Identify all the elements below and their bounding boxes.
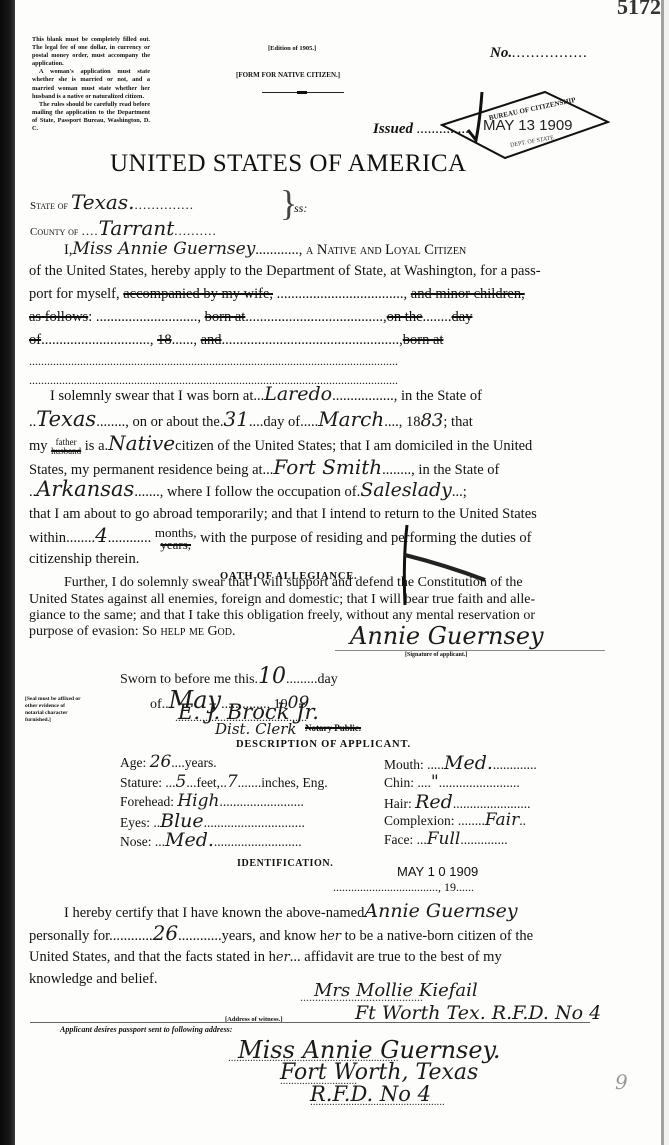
struck-day: day [452, 309, 473, 325]
file-number: 5172 [617, 0, 661, 20]
dots: ........................................… [222, 332, 403, 348]
text: day [318, 672, 338, 687]
text: of [150, 697, 162, 712]
identification-date-line: ..................................., 19.… [333, 880, 474, 895]
unit: years. [185, 755, 217, 770]
struck-and: and [201, 332, 222, 348]
text: is a [85, 438, 105, 454]
forehead-field: Forehead: High......................... [120, 791, 304, 811]
number-label: No. [490, 45, 512, 61]
birth-line-3: my father husband is a.Nativecitizen of … [29, 434, 589, 456]
birth-day: 31 [223, 407, 248, 431]
citizen-type: Native [108, 431, 175, 455]
birth-line-7: within........4............ months, year… [29, 526, 589, 551]
struck-18: 18 [157, 332, 172, 348]
instructions-notice: This blank must be completely filled out… [32, 36, 150, 133]
signature-line [335, 650, 605, 651]
struck-born-at: born at [205, 309, 246, 325]
birth-line-5: ..Arkansas......., where I follow the oc… [29, 480, 589, 501]
text: , 18 [399, 414, 421, 430]
birthplace: Laredo [264, 383, 332, 405]
notice-rules: The rules should be carefully read befor… [32, 101, 150, 133]
birth-line-8: citizenship therein. [29, 550, 589, 568]
struck-born-at-2: born at [403, 332, 444, 348]
chin-value: " [431, 772, 439, 792]
struck-husband: husband [51, 447, 81, 456]
label: Stature: [120, 775, 162, 790]
text: personally for [29, 928, 109, 944]
applicant-name: Miss Annie Guernsey [72, 239, 255, 259]
text: , in the State of [394, 388, 482, 404]
occupation: Saleslady [360, 479, 452, 501]
years-known: 26 [153, 921, 178, 945]
unit: inches, Eng. [261, 775, 327, 790]
text: United States, and that the facts stated… [29, 949, 276, 965]
dots: ........ [423, 309, 452, 325]
dots: ......................................, [245, 309, 386, 325]
native-loyal-text: , a Native and Loyal Citizen [299, 242, 466, 258]
duration: 4 [95, 523, 108, 547]
county-value: Tarrant [99, 216, 175, 240]
scan-right-margin [664, 0, 669, 1145]
mailing-dots-3: ........................................… [310, 1096, 445, 1108]
form-type-label: [FORM FOR NATIVE CITIZEN.] [236, 71, 340, 79]
mailing-dots-2: ............................ [280, 1075, 357, 1087]
label: Hair: [384, 796, 412, 811]
text: Sworn to before me this [120, 672, 255, 687]
birth-year: 83 [420, 410, 443, 431]
birth-line-1: I solemnly swear that I was born at...La… [50, 385, 570, 405]
label: Age: [120, 755, 146, 770]
residence-state: Arkansas [36, 477, 134, 501]
text: port for myself, [29, 286, 120, 302]
certify-line-2: personally for............26............… [29, 924, 589, 946]
birth-line-6: that I am about to go abroad temporarily… [29, 505, 589, 523]
swear-text: I solemnly swear that I was born at [50, 388, 253, 404]
identification-date-stamp: MAY 1 0 1909 [397, 864, 478, 879]
application-line-1: I,Miss Annie Guernsey............, a Nat… [64, 240, 584, 259]
struck-on-the: on the [387, 309, 423, 325]
text: , in the State of [411, 462, 499, 478]
struck-children: and minor children, [411, 286, 525, 302]
ornament-center [297, 91, 307, 94]
text: within [29, 530, 66, 546]
text: States, my permanent residence being at [29, 462, 263, 478]
age-field: Age: 26....years. [120, 752, 217, 772]
label: Nose: [120, 834, 152, 849]
dots: ..................................., [277, 286, 408, 302]
struck-notary-public: Notary Public. [305, 723, 361, 733]
application-line-2: of the United States, hereby apply to th… [29, 262, 589, 280]
mailing-label: Applicant desires passport sent to follo… [60, 1025, 232, 1034]
application-line-3: port for myself, accompanied by my wife,… [29, 285, 589, 303]
nose-field: Nose: ...Med........................... [120, 829, 302, 851]
dots: .............................., [41, 332, 153, 348]
county-field: County of ....Tarrant.......... [30, 216, 217, 240]
inches-value: 7 [227, 772, 238, 792]
text: , where I follow the occupation of [160, 484, 357, 500]
struck-as-follows: as follows [29, 309, 88, 325]
notice-fee: This blank must be completely filled out… [32, 36, 150, 68]
applicant-signature: Annie Guernsey [350, 622, 544, 650]
scan-left-border [0, 0, 15, 1145]
description-heading: DESCRIPTION OF APPLICANT. [236, 739, 411, 750]
pronoun-2: er [276, 950, 290, 965]
chin-field: Chin: ...."........................ [384, 772, 520, 792]
text: ; that [443, 414, 472, 430]
margin-mark: 9 [615, 1070, 628, 1094]
complexion-field: Complexion: ........Fair.. [384, 810, 526, 830]
face-value: Full [427, 829, 461, 849]
allegiance-line-1: Further, I do solemnly swear that I will… [64, 574, 584, 592]
ss-label: ss: [294, 201, 307, 216]
text: day of [263, 414, 300, 430]
struck-years: years, [155, 539, 197, 551]
signature-label: [Signature of applicant.] [405, 652, 467, 658]
feet-value: 5 [176, 772, 187, 792]
birth-line-4: States, my permanent residence being at.… [29, 458, 589, 479]
label: Complexion: [384, 813, 455, 828]
pronoun-1: er [327, 929, 341, 944]
mouth-field: Mouth: .....Med.............. [384, 752, 537, 774]
document-title: UNITED STATES OF AMERICA [110, 150, 467, 178]
certify-line-3: United States, and that the facts stated… [29, 948, 589, 967]
text: purpose of evasion: So [29, 624, 157, 639]
edition-label: [Edition of 1905.] [268, 45, 316, 52]
number-dots: ................ [512, 45, 588, 61]
blank-line-1: ........................................… [29, 352, 584, 370]
mailing-dots-1: ........................................… [228, 1052, 399, 1064]
label: Eyes: [120, 815, 150, 830]
issued-label: Issued [373, 121, 413, 137]
birth-state: Texas [36, 407, 96, 431]
official-title: Dist. Clerk [215, 720, 297, 738]
birth-month: March [318, 407, 384, 431]
text: affidavit are true to the best of my [304, 949, 501, 965]
label: Mouth: [384, 757, 424, 772]
dots: ......, [172, 332, 197, 348]
residence: Fort Smith [273, 455, 382, 479]
text: I hereby certify that I have known the a… [64, 905, 364, 921]
face-field: Face: ...Full.............. [384, 829, 508, 849]
label: Forehead: [120, 794, 174, 809]
dots: : ............................, [88, 309, 201, 325]
seal-note: [Seal must be affixed or other evidence … [25, 696, 83, 724]
divider-rule [30, 1022, 590, 1023]
label: Face: [384, 832, 413, 847]
identification-heading: IDENTIFICATION. [237, 858, 333, 869]
application-line-5: of.............................., 18....… [29, 331, 589, 349]
number-field: No................. [490, 45, 588, 62]
help-me-god: help me God. [160, 624, 235, 639]
stature-field: Stature: ...5...feet,..7.......inches, E… [120, 772, 328, 792]
stamp-date: MAY 13 1909 [483, 117, 573, 134]
certify-line-1: I hereby certify that I have known the a… [64, 902, 584, 922]
text: citizen of the United States; that I am … [175, 438, 532, 454]
complexion-value: Fair [485, 810, 519, 830]
struck-wife: accompanied by my wife, [123, 286, 273, 302]
mouth-value: Med. [444, 752, 493, 774]
notice-woman: A woman's application must state whether… [32, 68, 150, 100]
state-value: Texas. [71, 190, 134, 214]
text: to be a native-born citizen of the [345, 928, 533, 944]
text: years, and know h [222, 928, 328, 944]
forehead-value: High [177, 791, 219, 811]
witness-address: Ft Worth Tex. R.F.D. No 4 [355, 1002, 601, 1024]
county-label: County of [30, 226, 78, 238]
state-field: State ofTexas............... [30, 190, 194, 214]
nose-value: Med. [165, 829, 214, 851]
text: , on or about the [125, 414, 220, 430]
birth-line-2: ..Texas........, on or about the.31....d… [29, 410, 589, 431]
struck-of: of [29, 332, 41, 348]
known-name: Annie Guernsey [364, 900, 517, 922]
application-line-4: as follows: ............................… [29, 308, 589, 326]
age-value: 26 [150, 752, 172, 772]
label: Chin: [384, 775, 414, 790]
unit: feet, [196, 775, 220, 790]
state-label: State of [30, 200, 68, 212]
text: my [29, 438, 48, 454]
